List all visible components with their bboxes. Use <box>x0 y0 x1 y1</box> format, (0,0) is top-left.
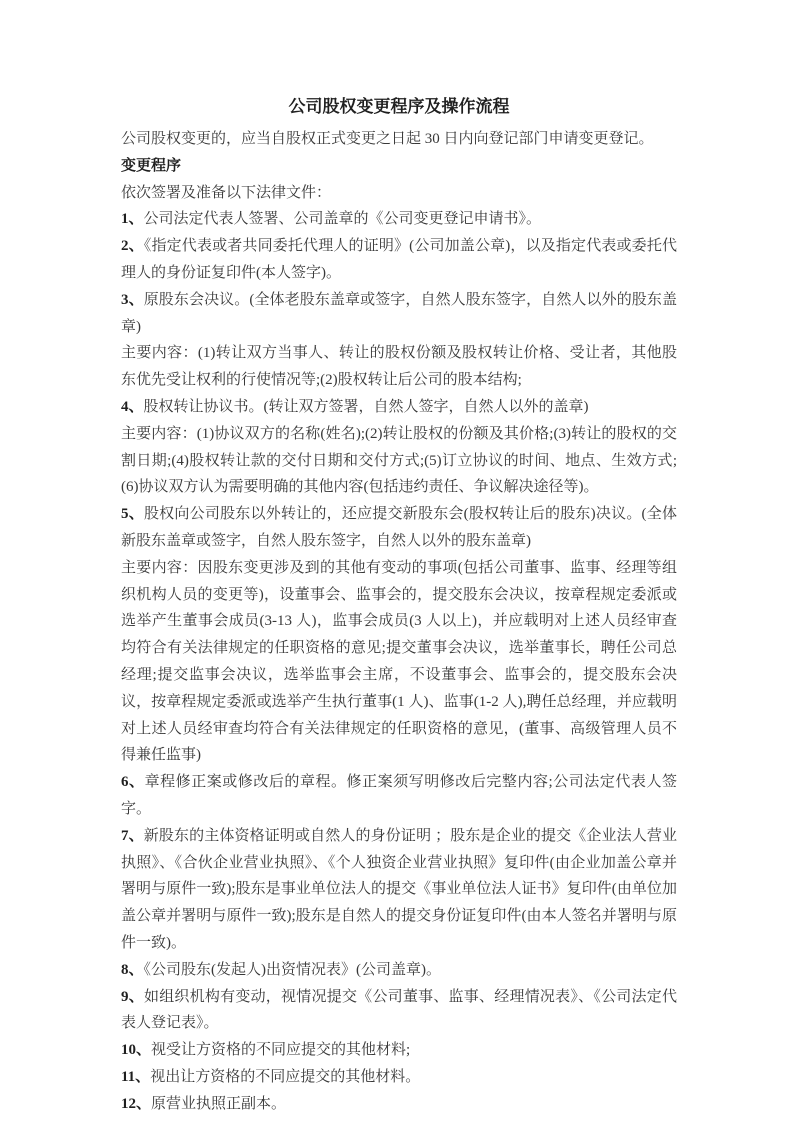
doc-text: 主要内容：(1)转让双方当事人、转让的股权份额及股权转让价格、受让者，其他股东优… <box>121 345 677 388</box>
item-number: 11、 <box>121 1069 150 1085</box>
doc-list-item: 3、原股东会决议。(全体老股东盖章或签字，自然人股东签字，自然人以外的股东盖章) <box>121 287 677 341</box>
item-number: 3、 <box>121 292 144 308</box>
doc-text: 《指定代表或者共同委托代理人的证明》(公司加盖公章)，以及指定代表或委托代理人的… <box>121 238 677 281</box>
doc-list-item: 7、新股东的主体资格证明或自然人的身份证明 ；股东是企业的提交《企业法人营业执照… <box>121 823 677 957</box>
doc-list-item: 4、股权转让协议书。(转让双方签署，自然人签字，自然人以外的盖章) <box>121 394 677 421</box>
page-title: 公司股权变更程序及操作流程 <box>121 92 677 122</box>
item-number: 1、 <box>121 211 144 227</box>
doc-text: 章程修正案或修改后的章程。修正案须写明修改后完整内容;公司法定代表人签字。 <box>121 774 677 817</box>
doc-list-item: 10、视受让方资格的不同应提交的其他材料; <box>121 1037 677 1064</box>
section-heading: 变更程序 <box>121 153 677 180</box>
item-number: 4、 <box>121 399 144 415</box>
item-number: 6、 <box>121 774 145 790</box>
item-number: 12、 <box>121 1096 151 1112</box>
doc-text: 新股东的主体资格证明或自然人的身份证明 ；股东是企业的提交《企业法人营业执照》、… <box>121 828 677 951</box>
doc-list-item: 12、原营业执照正副本。 <box>121 1091 677 1118</box>
doc-list-item: 2、《指定代表或者共同委托代理人的证明》(公司加盖公章)，以及指定代表或委托代理… <box>121 233 677 287</box>
item-number: 2、 <box>121 238 144 254</box>
doc-text: 变更程序 <box>121 158 181 174</box>
doc-text: 股权向公司股东以外转让的，还应提交新股东会(股权转让后的股东)决议。(全体新股东… <box>121 506 677 549</box>
doc-text: 依次签署及准备以下法律文件： <box>121 185 331 201</box>
doc-text: 主要内容：(1)协议双方的名称(姓名);(2)转让股权的份额及其价格;(3)转让… <box>121 426 677 496</box>
doc-list-item: 1、公司法定代表人签署、公司盖章的《公司变更登记申请书》。 <box>121 206 677 233</box>
doc-text: 《公司股东(发起人)出资情况表》(公司盖章)。 <box>144 962 441 978</box>
doc-list-item: 11、视出让方资格的不同应提交的其他材料。 <box>121 1064 677 1091</box>
doc-list-item: 8、《公司股东(发起人)出资情况表》(公司盖章)。 <box>121 957 677 984</box>
doc-text: 公司法定代表人签署、公司盖章的《公司变更登记申请书》。 <box>144 211 542 227</box>
doc-text: 视出让方资格的不同应提交的其他材料。 <box>150 1069 420 1085</box>
doc-text: 视受让方资格的不同应提交的其他材料; <box>151 1042 410 1058</box>
document-page: 公司股权变更程序及操作流程公司股权变更的，应当自股权正式变更之日起 30 日内向… <box>0 0 794 1123</box>
doc-list-item: 6、章程修正案或修改后的章程。修正案须写明修改后完整内容;公司法定代表人签字。 <box>121 769 677 823</box>
item-number: 5、 <box>121 506 144 522</box>
doc-paragraph: 主要内容：(1)协议双方的名称(姓名);(2)转让股权的份额及其价格;(3)转让… <box>121 421 677 501</box>
doc-text: 股权转让协议书。(转让双方签署，自然人签字，自然人以外的盖章) <box>144 399 589 415</box>
doc-paragraph: 主要内容：(1)转让双方当事人、转让的股权份额及股权转让价格、受让者，其他股东优… <box>121 340 677 394</box>
doc-text: 主要内容：因股东变更涉及到的其他有变动的事项(包括公司董事、监事、经理等组织机构… <box>121 560 677 764</box>
doc-paragraph: 公司股权变更的，应当自股权正式变更之日起 30 日内向登记部门申请变更登记。 <box>121 126 677 153</box>
doc-text: 原营业执照正副本。 <box>151 1096 286 1112</box>
doc-list-item: 5、股权向公司股东以外转让的，还应提交新股东会(股权转让后的股东)决议。(全体新… <box>121 501 677 555</box>
item-number: 8、 <box>121 962 144 978</box>
doc-text: 原股东会决议。(全体老股东盖章或签字，自然人股东签字，自然人以外的股东盖章) <box>121 292 677 335</box>
doc-list-item: 9、如组织机构有变动，视情况提交《公司董事、监事、经理情况表》、《公司法定代表人… <box>121 984 677 1038</box>
document-content: 公司股权变更程序及操作流程公司股权变更的，应当自股权正式变更之日起 30 日内向… <box>121 92 677 1117</box>
doc-paragraph: 依次签署及准备以下法律文件： <box>121 180 677 207</box>
doc-text: 公司股权变更程序及操作流程 <box>289 97 510 116</box>
doc-text: 如组织机构有变动，视情况提交《公司董事、监事、经理情况表》、《公司法定代表人登记… <box>121 989 677 1032</box>
doc-text: 公司股权变更的，应当自股权正式变更之日起 30 日内向登记部门申请变更登记。 <box>121 131 654 147</box>
item-number: 10、 <box>121 1042 151 1058</box>
doc-paragraph: 主要内容：因股东变更涉及到的其他有变动的事项(包括公司董事、监事、经理等组织机构… <box>121 555 677 769</box>
item-number: 9、 <box>121 989 144 1005</box>
item-number: 7、 <box>121 828 144 844</box>
